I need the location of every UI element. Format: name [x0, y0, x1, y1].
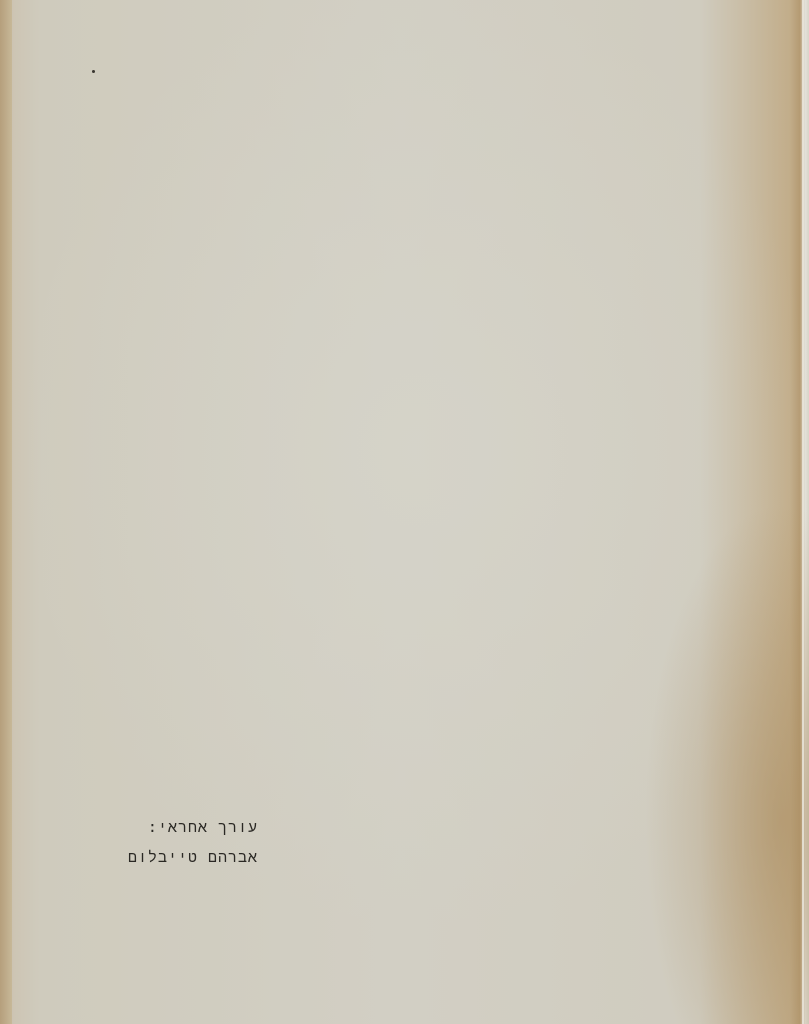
page-edge [802, 0, 804, 1024]
paper-speck [92, 70, 95, 73]
document-page: עורך אחראי: אברהם טייבלום [0, 0, 809, 1024]
editor-name: אברהם טייבלום [98, 842, 258, 872]
editor-credit: עורך אחראי: אברהם טייבלום [98, 812, 258, 872]
binding-edge [0, 0, 12, 1024]
editor-label: עורך אחראי: [98, 812, 258, 842]
